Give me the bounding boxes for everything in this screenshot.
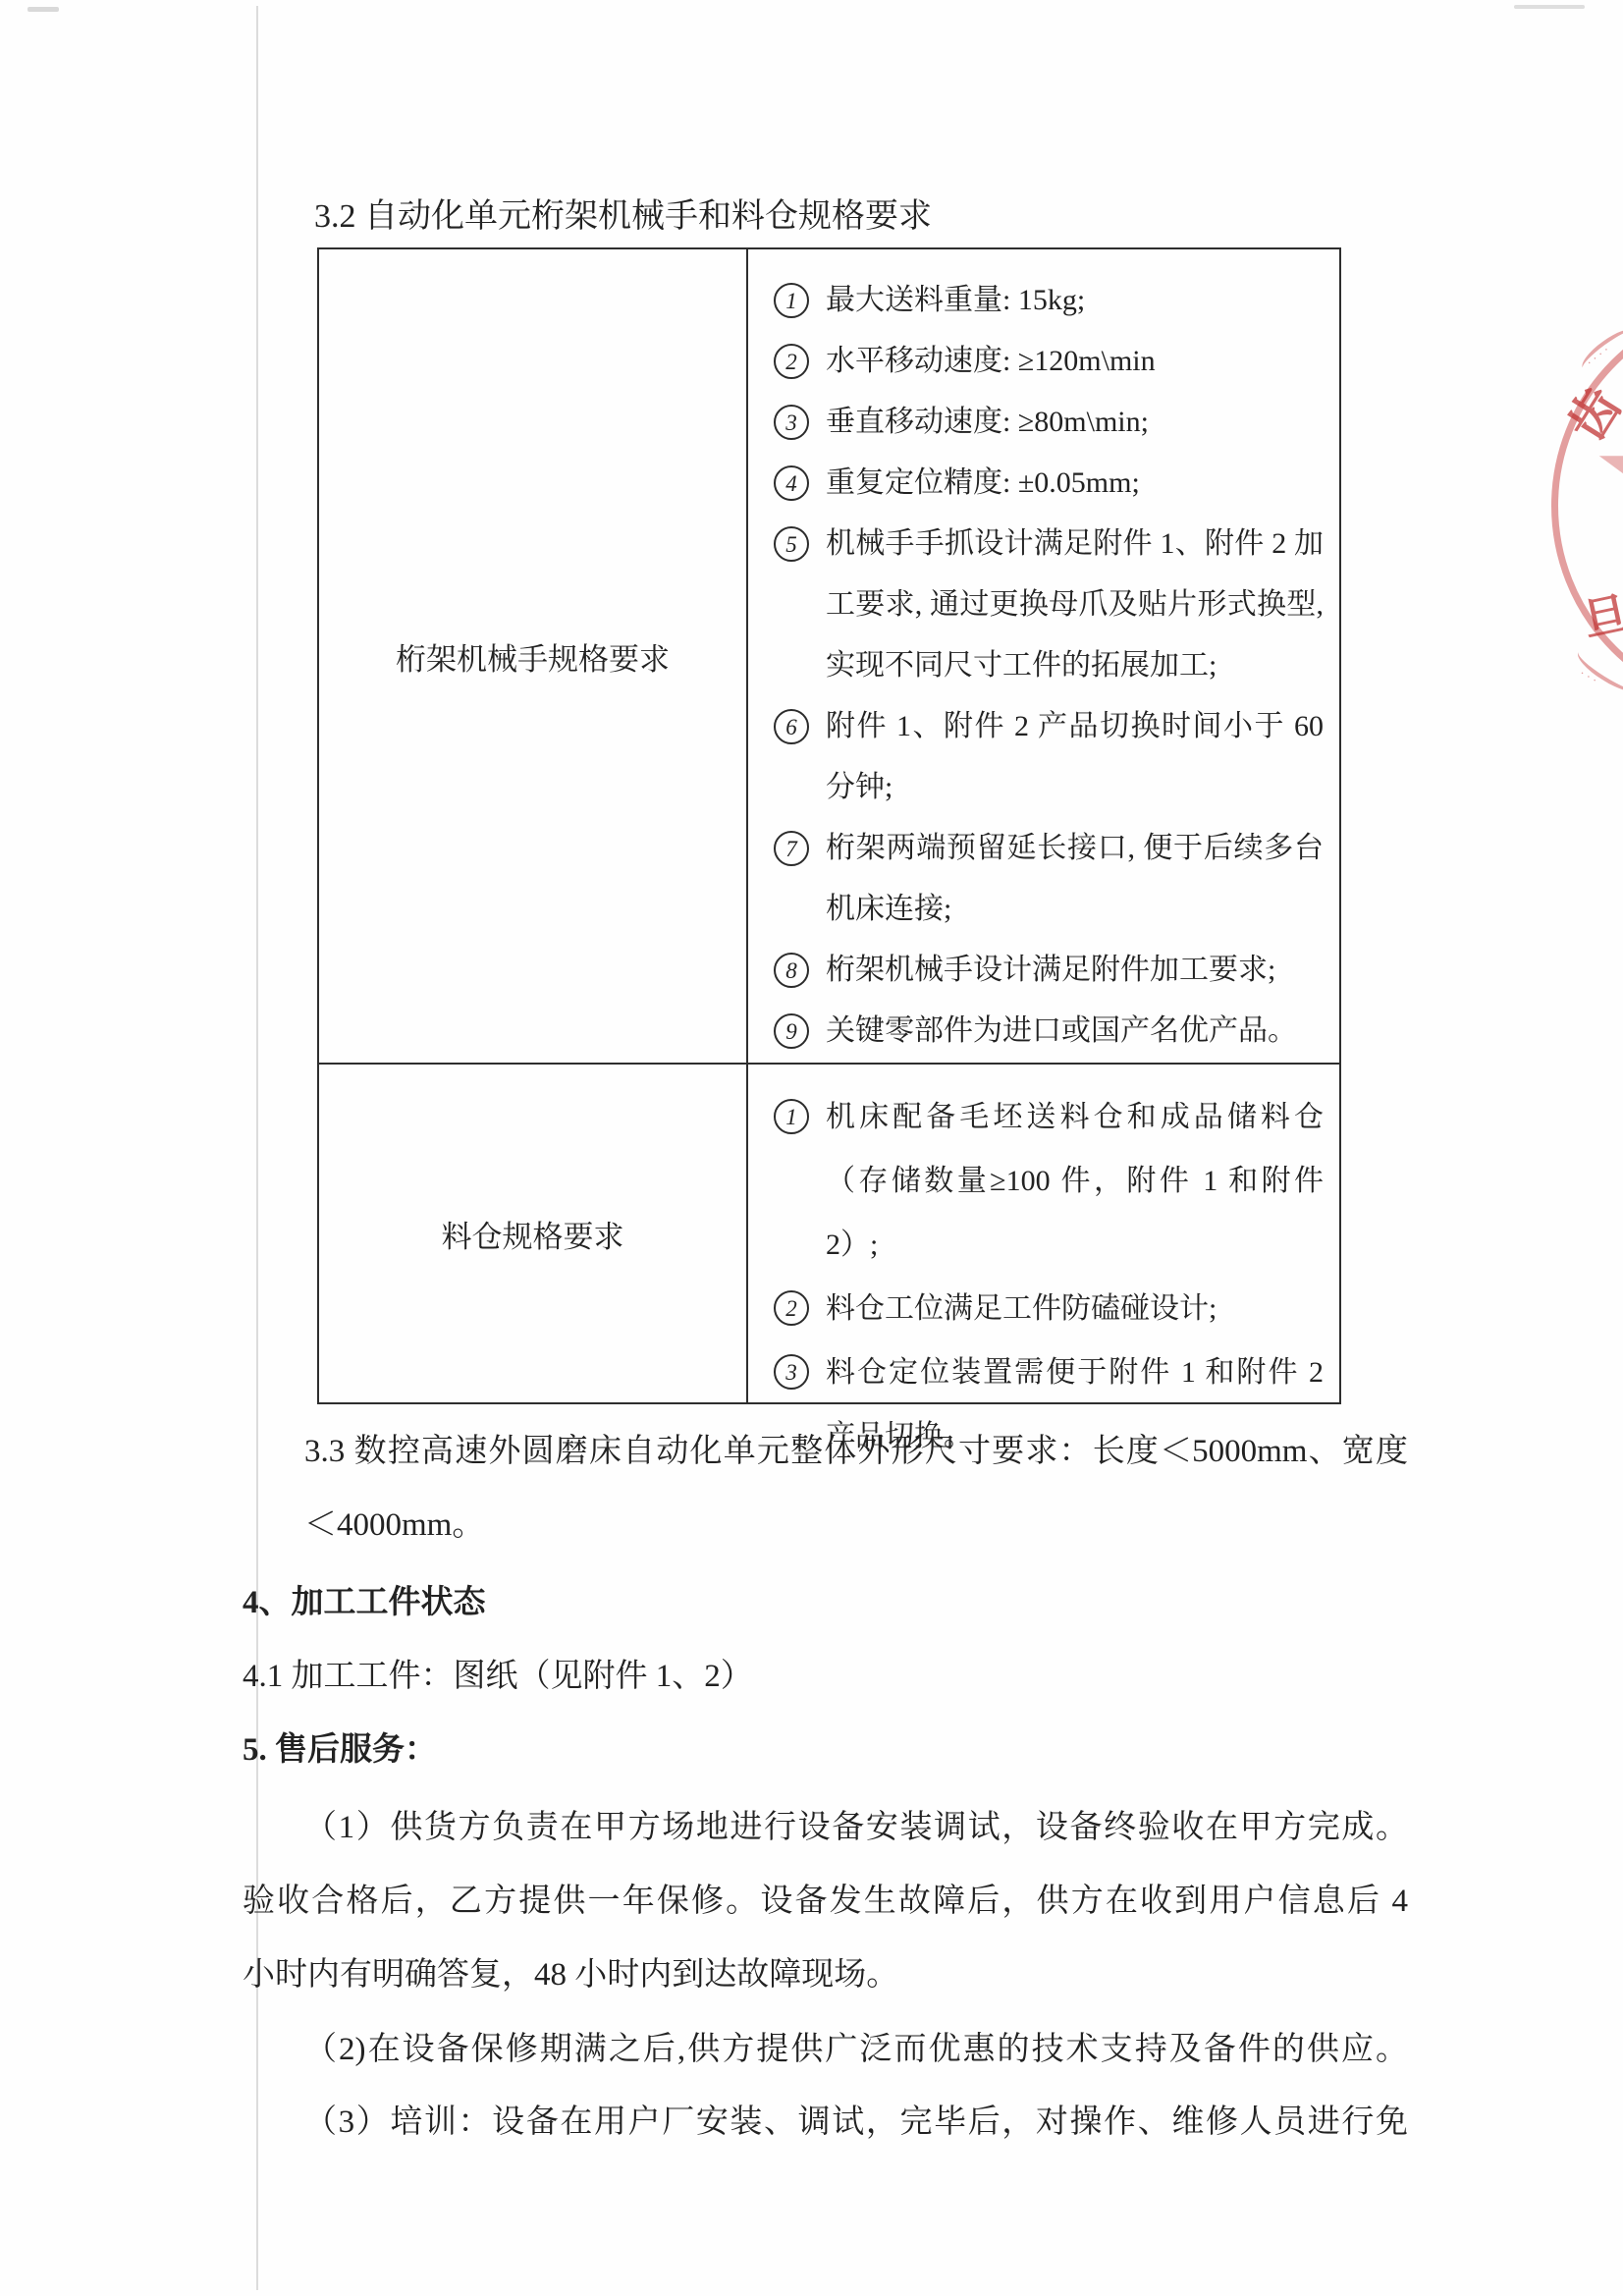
section-3-3-line-1: 3.3 数控高速外圆磨床自动化单元整体外形尺寸要求：长度＜5000mm、宽度 xyxy=(304,1430,1408,1473)
circled-number-icon: 1 xyxy=(774,283,809,318)
spec-item-text: 附件 1、附件 2 产品切换时间小于 60 分钟; xyxy=(826,696,1329,818)
scanned-document-page: 3.2 自动化单元桁架机械手和料仓规格要求 桁架机械手规格要求 1 最大送料重量… xyxy=(0,0,1623,2296)
spec-item: 4 重复定位精度: ±0.05mm; xyxy=(774,453,1329,514)
scan-artifact-top-left xyxy=(27,7,59,12)
row-items: 1 机床配备毛坯送料仓和成品储料仓（存储数量≥100 件，附件 1 和附件 2）… xyxy=(748,1065,1339,1402)
circled-number-icon: 3 xyxy=(774,1354,809,1390)
seal-character-bottom: 旦 xyxy=(1577,577,1623,650)
spec-item-text: 桁架两端预留延长接口, 便于后续多台机床连接; xyxy=(826,818,1329,940)
spec-item-text: 机床配备毛坯送料仓和成品储料仓（存储数量≥100 件，附件 1 和附件 2）; xyxy=(826,1085,1329,1277)
circled-number-icon: 7 xyxy=(774,831,809,866)
spec-item-text: 料仓工位满足工件防磕碰设计; xyxy=(826,1277,1329,1340)
spec-item: 2 料仓工位满足工件防磕碰设计; xyxy=(774,1277,1329,1340)
table-row-material-magazine: 料仓规格要求 1 机床配备毛坯送料仓和成品储料仓（存储数量≥100 件，附件 1… xyxy=(319,1065,1339,1402)
spec-item-text: 最大送料重量: 15kg; xyxy=(826,270,1329,331)
after-sales-item-1-line-3: 小时内有明确答复，48 小时内到达故障现场。 xyxy=(243,1953,898,1996)
after-sales-item-3-line: （3）培训：设备在用户厂安装、调试，完毕后，对操作、维修人员进行免 xyxy=(304,2101,1408,2144)
after-sales-item-1-line-1: （1）供货方负责在甲方场地进行设备安装调试，设备终验收在甲方完成。 xyxy=(304,1806,1408,1849)
spec-item: 1 机床配备毛坯送料仓和成品储料仓（存储数量≥100 件，附件 1 和附件 2）… xyxy=(774,1085,1329,1277)
table-row-truss-manipulator: 桁架机械手规格要求 1 最大送料重量: 15kg; 2 水平移动速度: ≥120… xyxy=(319,249,1339,1065)
spec-item: 2 水平移动速度: ≥120m\min xyxy=(774,331,1329,392)
page-fold-shadow-line xyxy=(256,6,258,2290)
circled-number-icon: 4 xyxy=(774,465,809,501)
red-seal-stamp: ···· ··· 齿 旦 xyxy=(1540,324,1623,709)
spec-item: 5 机械手手抓设计满足附件 1、附件 2 加工要求, 通过更换母爪及贴片形式换型… xyxy=(774,514,1329,696)
after-sales-item-2-line: （2)在设备保修期满之后,供方提供广泛而优惠的技术支持及备件的供应。 xyxy=(304,2028,1408,2071)
spec-item: 7 桁架两端预留延长接口, 便于后续多台机床连接; xyxy=(774,818,1329,940)
section-3-2-heading: 3.2 自动化单元桁架机械手和料仓规格要求 xyxy=(314,189,932,237)
section-3-3-line-2: ＜4000mm。 xyxy=(304,1503,484,1547)
circled-number-icon: 2 xyxy=(774,344,809,379)
spec-item: 9 关键零部件为进口或国产名优产品。 xyxy=(774,1001,1329,1062)
circled-number-icon: 6 xyxy=(774,709,809,744)
spec-item: 3 垂直移动速度: ≥80m\min; xyxy=(774,392,1329,453)
row-label: 桁架机械手规格要求 xyxy=(319,249,748,1063)
section-4-heading: 4、加工工件状态 xyxy=(243,1581,486,1624)
after-sales-item-1-line-2: 验收合格后，乙方提供一年保修。设备发生故障后，供方在收到用户信息后 4 xyxy=(243,1880,1408,1923)
spec-item: 8 桁架机械手设计满足附件加工要求; xyxy=(774,940,1329,1001)
circled-number-icon: 1 xyxy=(774,1099,809,1134)
section-4-1-line: 4.1 加工工件：图纸（见附件 1、2） xyxy=(243,1655,753,1698)
spec-item-text: 水平移动速度: ≥120m\min xyxy=(826,331,1329,392)
row-items: 1 最大送料重量: 15kg; 2 水平移动速度: ≥120m\min 3 垂直… xyxy=(748,249,1339,1063)
spec-item-text: 关键零部件为进口或国产名优产品。 xyxy=(826,1001,1329,1062)
section-5-heading: 5. 售后服务： xyxy=(243,1728,437,1772)
circled-number-icon: 3 xyxy=(774,405,809,440)
circled-number-icon: 5 xyxy=(774,526,809,562)
spec-item-text: 重复定位精度: ±0.05mm; xyxy=(826,453,1329,514)
row-label: 料仓规格要求 xyxy=(319,1065,748,1402)
circled-number-icon: 2 xyxy=(774,1290,809,1326)
spec-item: 6 附件 1、附件 2 产品切换时间小于 60 分钟; xyxy=(774,696,1329,818)
spec-table: 桁架机械手规格要求 1 最大送料重量: 15kg; 2 水平移动速度: ≥120… xyxy=(317,247,1341,1404)
spec-item-text: 桁架机械手设计满足附件加工要求; xyxy=(826,940,1329,1001)
scan-artifact-top-right xyxy=(1514,5,1585,9)
spec-item-text: 机械手手抓设计满足附件 1、附件 2 加工要求, 通过更换母爪及贴片形式换型, … xyxy=(826,514,1329,696)
spec-item: 1 最大送料重量: 15kg; xyxy=(774,270,1329,331)
circled-number-icon: 8 xyxy=(774,953,809,988)
circled-number-icon: 9 xyxy=(774,1013,809,1049)
spec-item-text: 垂直移动速度: ≥80m\min; xyxy=(826,392,1329,453)
